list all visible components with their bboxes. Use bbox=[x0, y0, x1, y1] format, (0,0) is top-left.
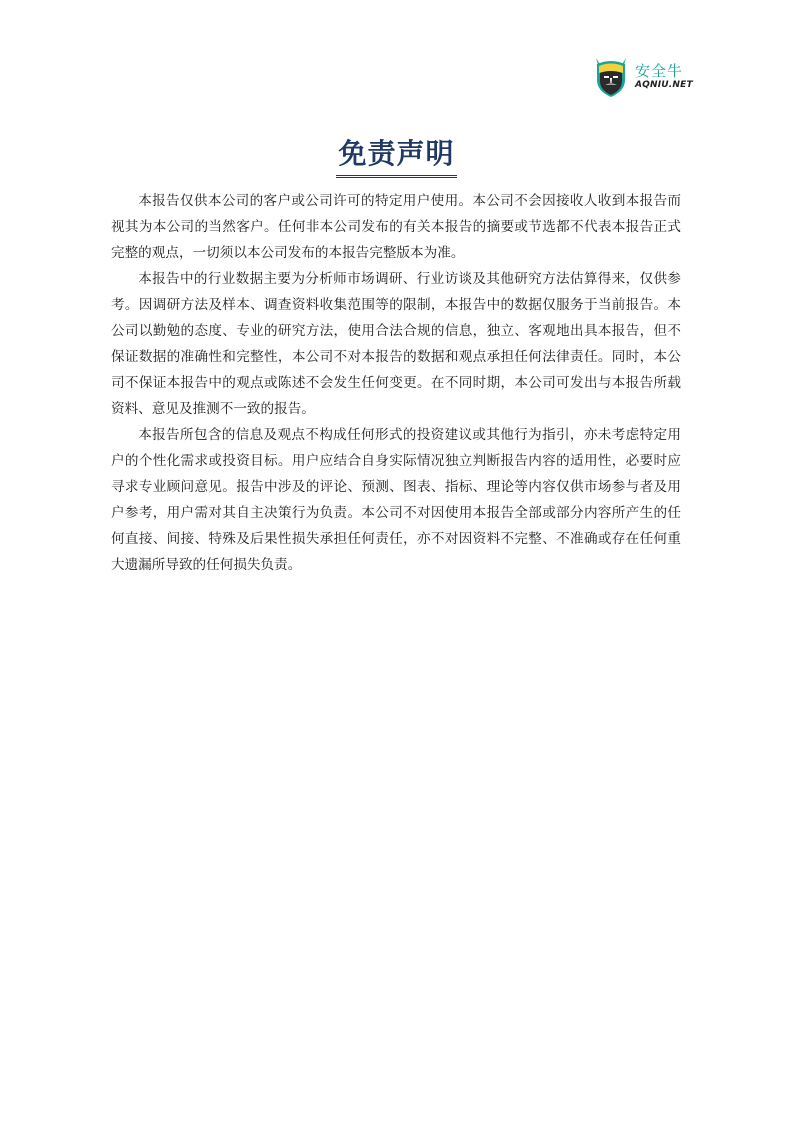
paragraph-2: 本报告中的行业数据主要为分析师市场调研、行业访谈及其他研究方法估算得来，仅供参考… bbox=[111, 266, 681, 422]
paragraph-3: 本报告所包含的信息及观点不构成任何形式的投资建议或其他行为指引，亦未考虑特定用户… bbox=[111, 422, 681, 578]
logo-text: 安全牛 AQNIU.NET bbox=[635, 62, 693, 91]
logo-name-cn: 安全牛 bbox=[635, 62, 683, 80]
paragraph-1: 本报告仅供本公司的客户或公司许可的特定用户使用。本公司不会因接收人收到本报告而视… bbox=[111, 188, 681, 266]
disclaimer-body: 本报告仅供本公司的客户或公司许可的特定用户使用。本公司不会因接收人收到本报告而视… bbox=[111, 188, 681, 578]
page-title: 免责声明 bbox=[336, 137, 456, 178]
brand-logo: 安全牛 AQNIU.NET bbox=[593, 54, 693, 98]
logo-name-en: AQNIU.NET bbox=[635, 80, 693, 91]
title-container: 免责声明 bbox=[0, 137, 793, 178]
warrior-shield-icon bbox=[593, 54, 629, 98]
